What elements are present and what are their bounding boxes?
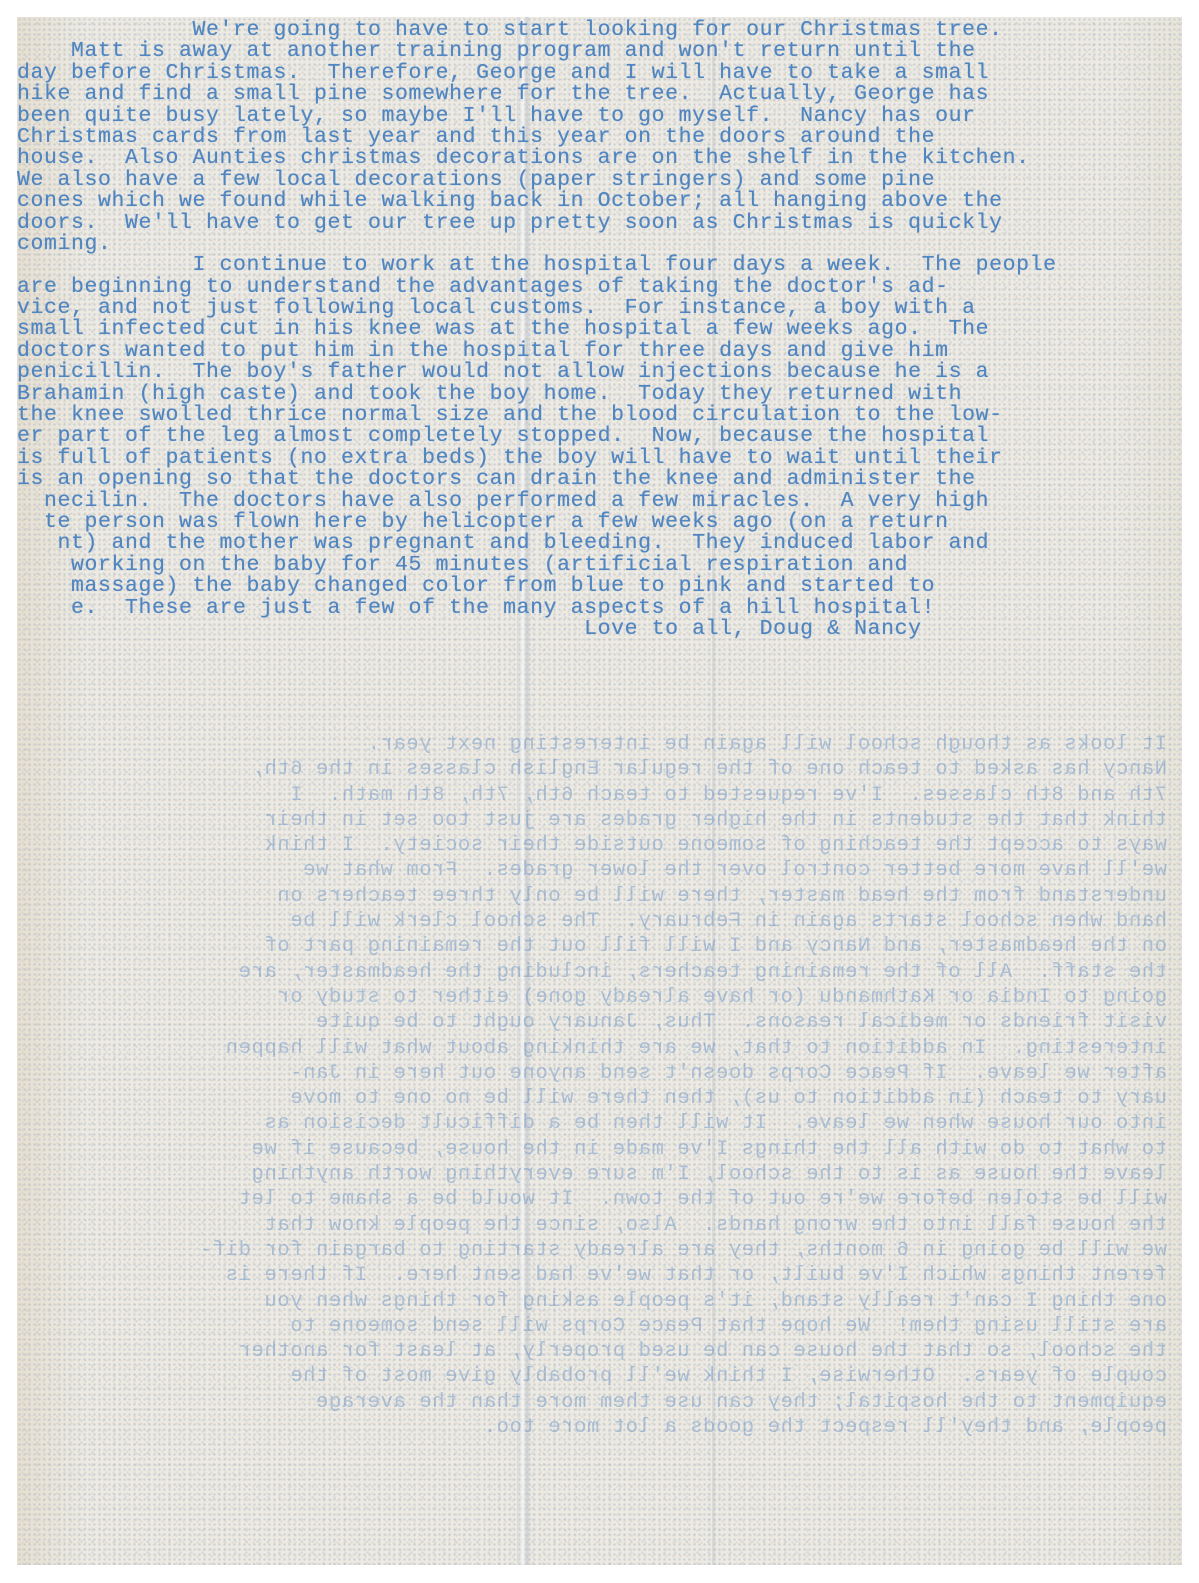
letter-line: massage) the baby changed color from blu… bbox=[17, 576, 1182, 597]
letter-line: house. Also Aunties christmas decoration… bbox=[17, 148, 1182, 169]
bleed-through-line: on the headmaster, and Nancy and I will … bbox=[17, 934, 1167, 959]
bleed-through-line: into our house when we leave. It will th… bbox=[17, 1111, 1167, 1136]
bleed-through-line: leave the house as is to the school, I'm… bbox=[17, 1162, 1167, 1187]
letter-line: nt) and the mother was pregnant and blee… bbox=[17, 533, 1182, 554]
bleed-through-line: hand when school starts again in Februar… bbox=[17, 909, 1167, 934]
letter-line: cones which we found while walking back … bbox=[17, 191, 1182, 212]
bleed-through-line: after we leave. If Peace Corps doesn't s… bbox=[17, 1061, 1167, 1086]
letter-line: necilin. The doctors have also performed… bbox=[17, 491, 1182, 512]
bleed-through-line: people, and they'll respect the goods a … bbox=[17, 1415, 1167, 1440]
bleed-through-line: 7th and 8th classes. I've requested to t… bbox=[17, 783, 1167, 808]
letter-line: I continue to work at the hospital four … bbox=[17, 255, 1182, 276]
letter-page: It looks as though school will again be … bbox=[17, 17, 1182, 1565]
letter-line: the knee swolled thrice normal size and … bbox=[17, 405, 1182, 426]
bleed-through-line: to what to do with all the things I've m… bbox=[17, 1137, 1167, 1162]
bleed-through-line: ferent things which I've built, or that … bbox=[17, 1263, 1167, 1288]
letter-line: penicillin. The boy's father would not a… bbox=[17, 362, 1182, 383]
bleed-through-line: Nancy has asked to teach one of the regu… bbox=[17, 757, 1167, 782]
letter-line: We're going to have to start looking for… bbox=[17, 20, 1182, 41]
bleed-through-line: we'll have more better control over the … bbox=[17, 858, 1167, 883]
bleed-through-line: the staff. All of the remaining teachers… bbox=[17, 960, 1167, 985]
bleed-through-line: interesting. In addition to that, we are… bbox=[17, 1036, 1167, 1061]
bleed-through-line: ways to accept the teaching of someone o… bbox=[17, 833, 1167, 858]
letter-line: coming. bbox=[17, 234, 1182, 255]
letter-line: te person was flown here by helicopter a… bbox=[17, 512, 1182, 533]
bleed-through-line: the house fall into the wrong hands. Als… bbox=[17, 1213, 1167, 1238]
bleed-through-line: visit friends or medical reasons. Thus, … bbox=[17, 1010, 1167, 1035]
bleed-through-line: think that the students in the higher gr… bbox=[17, 808, 1167, 833]
letter-line: small infected cut in his knee was at th… bbox=[17, 319, 1182, 340]
letter-line: hike and find a small pine somewhere for… bbox=[17, 84, 1182, 105]
letter-line: doors. We'll have to get our tree up pre… bbox=[17, 213, 1182, 234]
bleed-through-line: we will be going in 6 months, they are a… bbox=[17, 1238, 1167, 1263]
bleed-through-line: equipment to the hospital; they can use … bbox=[17, 1390, 1167, 1415]
bleed-through-line: uary to teach (in addition to us), then … bbox=[17, 1086, 1167, 1111]
letter-line: working on the baby for 45 minutes (arti… bbox=[17, 555, 1182, 576]
bleed-through-text: It looks as though school will again be … bbox=[17, 732, 1167, 1440]
letter-line: is an opening so that the doctors can dr… bbox=[17, 469, 1182, 490]
letter-line: been quite busy lately, so maybe I'll ha… bbox=[17, 106, 1182, 127]
letter-line: Matt is away at another training program… bbox=[17, 41, 1182, 62]
letter-body: We're going to have to start looking for… bbox=[17, 20, 1182, 640]
bleed-through-line: are still using them! We hope that Peace… bbox=[17, 1314, 1167, 1339]
bleed-through-line: It looks as though school will again be … bbox=[17, 732, 1167, 757]
bleed-through-line: one thing I can't really stand, it's peo… bbox=[17, 1289, 1167, 1314]
letter-line: is full of patients (no extra beds) the … bbox=[17, 448, 1182, 469]
letter-line: e. These are just a few of the many aspe… bbox=[17, 598, 1182, 619]
bleed-through-line: going to India or Kathmandu (or have alr… bbox=[17, 985, 1167, 1010]
letter-line: doctors wanted to put him in the hospita… bbox=[17, 341, 1182, 362]
bleed-through-line: understand from the head master, there w… bbox=[17, 884, 1167, 909]
bleed-through-line: will be stolen before we're out of the t… bbox=[17, 1187, 1167, 1212]
letter-line: day before Christmas. Therefore, George … bbox=[17, 63, 1182, 84]
letter-line: er part of the leg almost completely sto… bbox=[17, 426, 1182, 447]
letter-line: Love to all, Doug & Nancy bbox=[17, 619, 1182, 640]
letter-line: Brahamin (high caste) and took the boy h… bbox=[17, 384, 1182, 405]
letter-line: We also have a few local decorations (pa… bbox=[17, 170, 1182, 191]
letter-line: vice, and not just following local custo… bbox=[17, 298, 1182, 319]
bleed-through-line: the school, so that the house can be use… bbox=[17, 1339, 1167, 1364]
letter-line: Christmas cards from last year and this … bbox=[17, 127, 1182, 148]
letter-line: are beginning to understand the advantag… bbox=[17, 277, 1182, 298]
bleed-through-line: couple of years. Otherwise, I think we'l… bbox=[17, 1364, 1167, 1389]
